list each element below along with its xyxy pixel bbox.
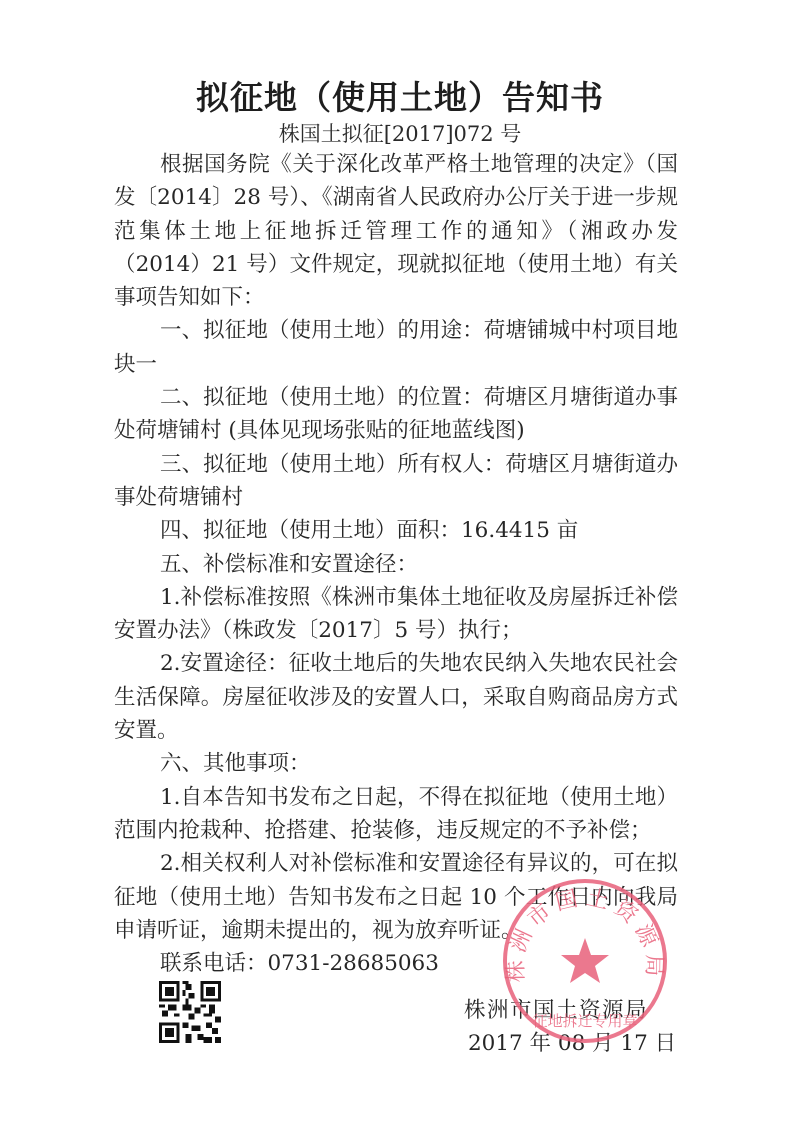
issue-date: 2017 年 08 月 17 日	[468, 1026, 676, 1057]
paragraph-item-1-usage: 一、拟征地（使用土地）的用途：荷塘铺城中村项目地块一	[114, 314, 678, 381]
issuing-organization: 株洲市国土资源局	[464, 993, 648, 1024]
qr-code-icon	[159, 981, 221, 1043]
paragraph-item-3-owner: 三、拟征地（使用土地）所有权人：荷塘区月塘街道办事处荷塘铺村	[114, 448, 678, 515]
paragraph-item-2-location: 二、拟征地（使用土地）的位置：荷塘区月塘街道办事处荷塘铺村 (具体见现场张贴的征…	[114, 381, 678, 448]
document-page: 拟征地（使用土地）告知书 株国土拟征[2017]072 号 根据国务院《关于深化…	[0, 0, 800, 1127]
paragraph-intro: 根据国务院《关于深化改革严格土地管理的决定》（国发〔2014〕28 号）、《湖南…	[114, 148, 678, 314]
paragraph-item-6-2: 2.相关权利人对补偿标准和安置途径有异议的，可在拟征地（使用土地）告知书发布之日…	[114, 847, 678, 947]
paragraph-item-5-1: 1.补偿标准按照《株洲市集体土地征收及房屋拆迁补偿安置办法》（株政发〔2017〕…	[114, 581, 678, 648]
paragraph-item-6-1: 1.自本告知书发布之日起，不得在拟征地（使用土地）范围内抢栽种、抢搭建、抢装修，…	[114, 781, 678, 848]
paragraph-item-5-heading: 五、补偿标准和安置途径：	[114, 548, 678, 581]
document-title: 拟征地（使用土地）告知书	[0, 72, 800, 119]
paragraph-item-4-area: 四、拟征地（使用土地）面积：16.4415 亩	[114, 514, 678, 547]
paragraph-item-6-heading: 六、其他事项：	[114, 747, 678, 780]
document-body: 根据国务院《关于深化改革严格土地管理的决定》（国发〔2014〕28 号）、《湖南…	[114, 148, 678, 980]
contact-phone: 联系电话：0731-28685063	[114, 947, 678, 980]
document-number: 株国土拟征[2017]072 号	[0, 118, 800, 148]
paragraph-item-5-2: 2.安置途径：征收土地后的失地农民纳入失地农民社会生活保障。房屋征收涉及的安置人…	[114, 647, 678, 747]
